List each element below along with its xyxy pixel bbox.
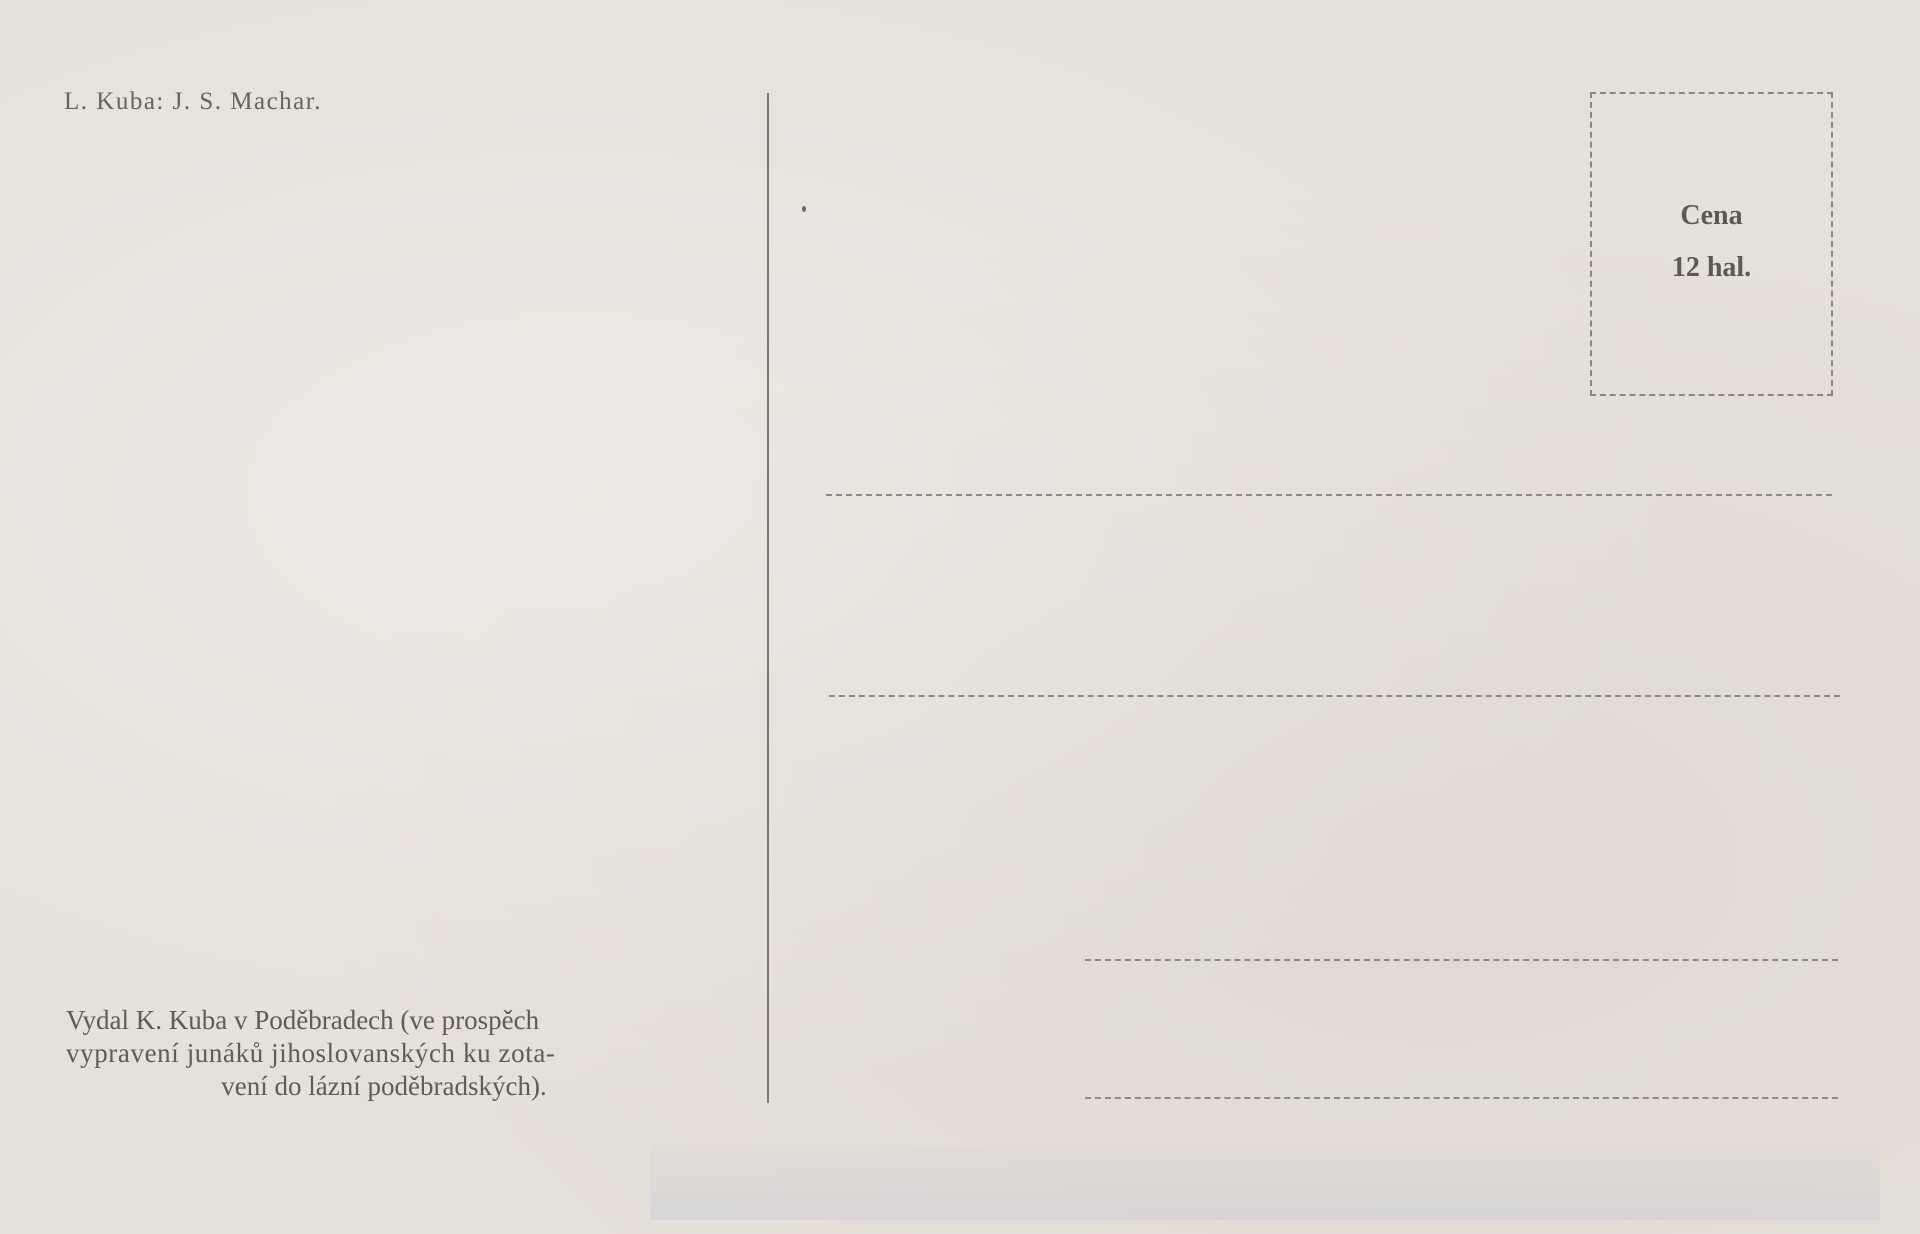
stamp-box: Cena 12 hal. [1590,92,1833,396]
artwork-title: L. Kuba: J. S. Machar. [64,88,322,116]
address-line-4 [1085,1097,1838,1099]
publisher-note-line-1: Vydal K. Kuba v Poděbradech (ve prospěch [66,1004,702,1037]
stamp-price: 12 hal. [1592,252,1831,284]
ink-speck [802,206,806,212]
publisher-note-line-2: vypravení junáků jihoslovanských ku zota… [66,1037,702,1070]
message-address-divider [767,93,769,1103]
print-offset-strip [650,1145,1880,1220]
address-line-2 [829,695,1840,697]
stamp-label: Cena [1592,200,1831,232]
address-line-3 [1085,959,1838,961]
postcard-back: L. Kuba: J. S. Machar. Cena 12 hal. Vyda… [0,0,1920,1234]
address-line-1 [826,494,1832,496]
publisher-note-line-3: vení do lázní poděbradských). [66,1070,702,1103]
publisher-note: Vydal K. Kuba v Poděbradech (ve prospěch… [66,1004,702,1103]
